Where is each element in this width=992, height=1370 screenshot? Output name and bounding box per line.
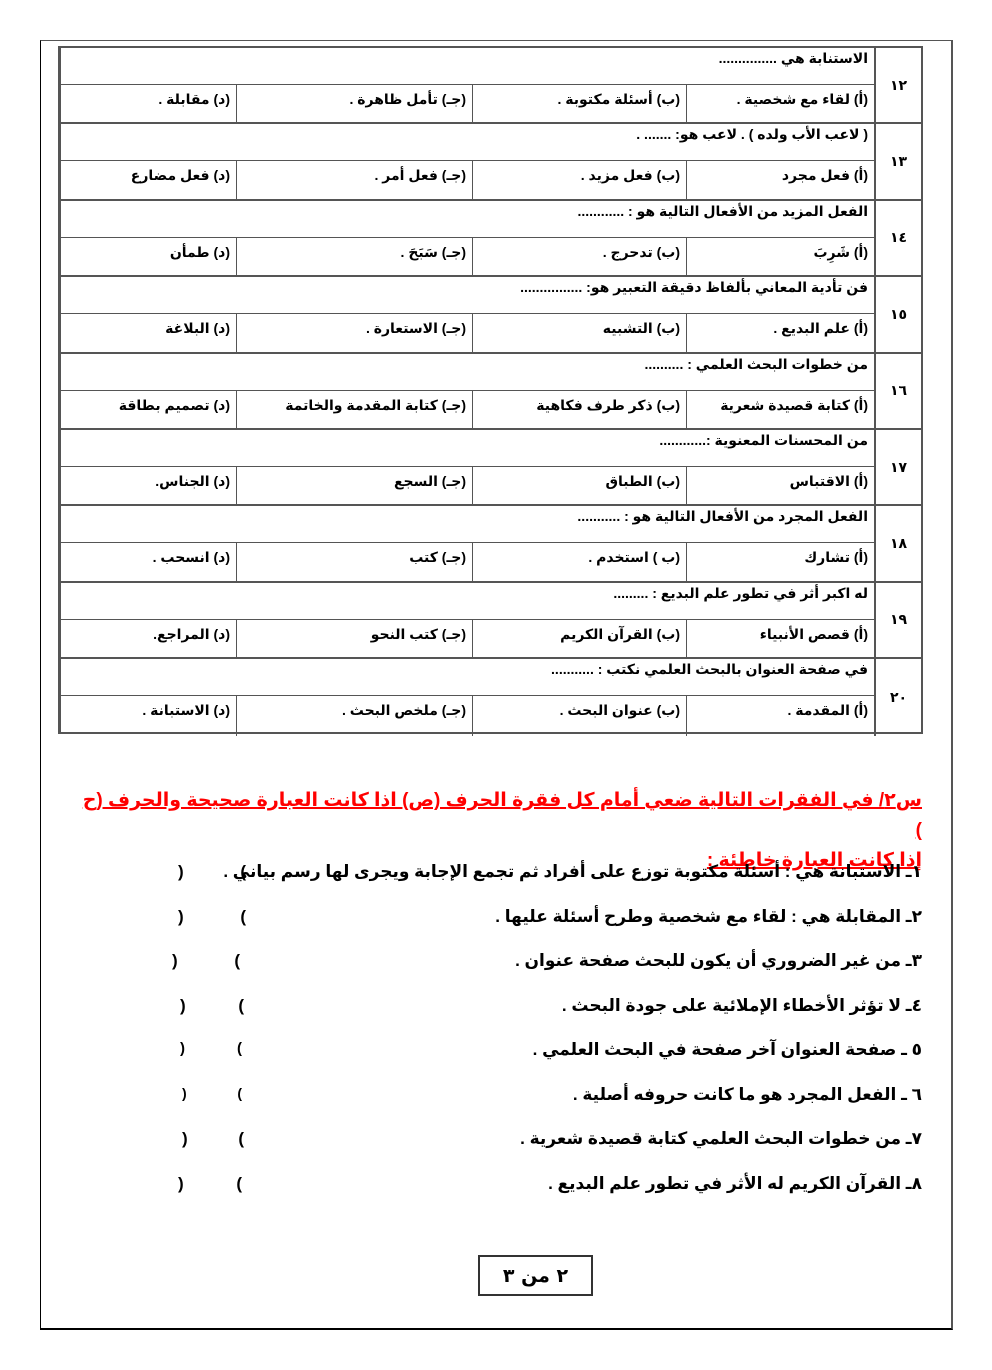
option-c[interactable]: (جـ) كتب النحو: [236, 620, 472, 657]
option-c[interactable]: (جـ) كتب: [236, 543, 472, 580]
tf-statement: ٦ ـ الفعل المجرد هو ما كانت حروفه أصلية …: [573, 1085, 922, 1105]
question-text: ( لاعب الأب ولده ) . لاعب هو: ....... .: [61, 124, 874, 161]
option-b[interactable]: (ب) أسئلة مكتوبة .: [472, 85, 686, 122]
question-text: فن تأدية المعاني بألفاظ دقيقة التعبير هو…: [61, 277, 874, 314]
options-row: (أ) شَرِبَ (ب) تدحرج . (جـ) سَبَحَ . (د)…: [61, 238, 874, 275]
tf-item: ٥ ـ صفحة العنوان آخر صفحة في البحث العلم…: [160, 1036, 922, 1081]
answer-blank[interactable]: )(: [178, 907, 246, 927]
question-number: ١٣: [874, 124, 921, 198]
question-number: ١٨: [874, 506, 921, 580]
question-block: ١٣ ( لاعب الأب ولده ) . لاعب هو: .......…: [61, 124, 921, 200]
tf-statement: ٨ـ القرآن الكريم له الأثر في تطور علم ال…: [548, 1174, 922, 1194]
option-b[interactable]: (ب) عنوان البحث .: [472, 696, 686, 735]
tf-item: ٢ـ المقابلة هي : لقاء مع شخصية وطرح أسئل…: [160, 903, 922, 948]
option-c[interactable]: (جـ) فعل أمر .: [236, 161, 472, 198]
option-a[interactable]: (أ) المقدمة .: [686, 696, 874, 735]
option-b[interactable]: (ب) القرآن الكريم: [472, 620, 686, 657]
option-d[interactable]: (د) طمأن: [61, 238, 236, 275]
answer-blank[interactable]: )(: [178, 1174, 242, 1194]
option-a[interactable]: (أ) شَرِبَ: [686, 238, 874, 275]
option-b[interactable]: (ب) تدحرج .: [472, 238, 686, 275]
option-a[interactable]: (أ) لقاء مع شخصية .: [686, 85, 874, 122]
question-text: له اكبر أثر في تطور علم البديع : .......…: [61, 583, 874, 620]
option-c[interactable]: (جـ) سَبَحَ .: [236, 238, 472, 275]
question-block: ١٥ فن تأدية المعاني بألفاظ دقيقة التعبير…: [61, 277, 921, 353]
answer-blank[interactable]: )(: [182, 1085, 242, 1101]
question-block: ١٧ من المحسنات المعنوية :............ (أ…: [61, 430, 921, 506]
options-row: (أ) الاقتباس (ب) الطباق (جـ) السجع (د) ا…: [61, 467, 874, 504]
question-text: من المحسنات المعنوية :............: [61, 430, 874, 467]
option-c[interactable]: (جـ) السجع: [236, 467, 472, 504]
options-row: (أ) علم البديع . (ب) التشبيه (جـ) الاستع…: [61, 314, 874, 351]
tf-statement: ٥ ـ صفحة العنوان آخر صفحة في البحث العلم…: [533, 1040, 922, 1060]
question-number: ٢٠: [874, 659, 921, 735]
option-d[interactable]: (د) مقابلة .: [61, 85, 236, 122]
tf-item: ٦ ـ الفعل المجرد هو ما كانت حروفه أصلية …: [160, 1081, 922, 1126]
mcq-table: ١٢ الاستنابة هي ............... (أ) لقاء…: [58, 46, 923, 734]
options-row: (أ) قصص الأنبياء (ب) القرآن الكريم (جـ) …: [61, 620, 874, 657]
question-block: ١٦ من خطوات البحث العلمي : .......... (أ…: [61, 354, 921, 430]
option-d[interactable]: (د) الاستبانة .: [61, 696, 236, 735]
question-block: ١٩ له اكبر أثر في تطور علم البديع : ....…: [61, 583, 921, 659]
question-text: الاستنابة هي ...............: [61, 48, 874, 85]
tf-item: ٨ـ القرآن الكريم له الأثر في تطور علم ال…: [160, 1170, 922, 1215]
true-false-list: ١ـ الاستبانة هي : أسئلة مكتوبة توزع على …: [160, 858, 922, 1214]
tf-item: ٧ـ من خطوات البحث العلمي كتابة قصيدة شعر…: [160, 1125, 922, 1170]
option-b[interactable]: (ب) الطباق: [472, 467, 686, 504]
answer-blank[interactable]: )(: [172, 951, 240, 971]
page-number-box: ٢ من ٣: [478, 1255, 593, 1296]
option-b[interactable]: (ب) فعل مزيد .: [472, 161, 686, 198]
answer-blank[interactable]: )(: [182, 1129, 244, 1149]
question-block: ١٨ الفعل المجرد من الأفعال التالية هو : …: [61, 506, 921, 582]
question-block: ٢٠ في صفحة العنوان بالبحث العلمي نكتب : …: [61, 659, 921, 735]
option-a[interactable]: (أ) فعل مجرد: [686, 161, 874, 198]
option-a[interactable]: (أ) قصص الأنبياء: [686, 620, 874, 657]
answer-blank[interactable]: )(: [180, 996, 244, 1016]
answer-blank[interactable]: )(: [180, 1040, 242, 1057]
option-c[interactable]: (جـ) الاستعارة .: [236, 314, 472, 351]
tf-statement: ٢ـ المقابلة هي : لقاء مع شخصية وطرح أسئل…: [495, 907, 922, 927]
option-b[interactable]: (ب) التشبيه: [472, 314, 686, 351]
question-number: ١٢: [874, 48, 921, 122]
options-row: (أ) فعل مجرد (ب) فعل مزيد . (جـ) فعل أمر…: [61, 161, 874, 198]
answer-blank[interactable]: )(: [178, 862, 246, 882]
tf-statement: ٤ـ لا تؤثر الأخطاء الإملائية على جودة ال…: [562, 996, 922, 1016]
option-d[interactable]: (د) فعل مضارع: [61, 161, 236, 198]
options-row: (أ) كتابة قصيدة شعرية (ب) ذكر طرف فكاهية…: [61, 391, 874, 428]
options-row: (أ) تشارك (ب ) استخدم . (جـ) كتب (د) انس…: [61, 543, 874, 580]
question-text: في صفحة العنوان بالبحث العلمي نكتب : ...…: [61, 659, 874, 696]
option-a[interactable]: (أ) كتابة قصيدة شعرية: [686, 391, 874, 428]
section2-heading-line1: س٢/ في الفقرات التالية ضعي أمام كل فقرة …: [83, 790, 922, 841]
question-text: الفعل المزيد من الأفعال التالية هو : ...…: [61, 201, 874, 238]
option-d[interactable]: (د) انسحب .: [61, 543, 236, 580]
question-block: ١٢ الاستنابة هي ............... (أ) لقاء…: [61, 48, 921, 124]
tf-statement: ١ـ الاستبانة هي : أسئلة مكتوبة توزع على …: [223, 862, 922, 882]
question-number: ١٩: [874, 583, 921, 657]
option-c[interactable]: (جـ) كتابة المقدمة والخاتمة: [236, 391, 472, 428]
tf-statement: ٣ـ من غير الضروري أن يكون للبحث صفحة عنو…: [515, 951, 922, 971]
question-number: ١٥: [874, 277, 921, 351]
question-number: ١٧: [874, 430, 921, 504]
question-number: ١٦: [874, 354, 921, 428]
option-a[interactable]: (أ) علم البديع .: [686, 314, 874, 351]
option-d[interactable]: (د) المراجع.: [61, 620, 236, 657]
option-d[interactable]: (د) البلاغة: [61, 314, 236, 351]
tf-item: ٣ـ من غير الضروري أن يكون للبحث صفحة عنو…: [160, 947, 922, 992]
tf-item: ٤ـ لا تؤثر الأخطاء الإملائية على جودة ال…: [160, 992, 922, 1037]
options-row: (أ) لقاء مع شخصية . (ب) أسئلة مكتوبة . (…: [61, 85, 874, 122]
question-text: من خطوات البحث العلمي : ..........: [61, 354, 874, 391]
option-a[interactable]: (أ) تشارك: [686, 543, 874, 580]
question-number: ١٤: [874, 201, 921, 275]
exam-page: ١٢ الاستنابة هي ............... (أ) لقاء…: [0, 0, 992, 1370]
question-text: الفعل المجرد من الأفعال التالية هو : ...…: [61, 506, 874, 543]
option-d[interactable]: (د) تصميم بطاقة: [61, 391, 236, 428]
tf-item: ١ـ الاستبانة هي : أسئلة مكتوبة توزع على …: [160, 858, 922, 903]
question-block: ١٤ الفعل المزيد من الأفعال التالية هو : …: [61, 201, 921, 277]
option-d[interactable]: (د) الجناس.: [61, 467, 236, 504]
option-c[interactable]: (جـ) تأمل ظاهرة .: [236, 85, 472, 122]
option-b[interactable]: (ب) ذكر طرف فكاهية: [472, 391, 686, 428]
option-c[interactable]: (جـ) ملخص البحث .: [236, 696, 472, 735]
option-b[interactable]: (ب ) استخدم .: [472, 543, 686, 580]
tf-statement: ٧ـ من خطوات البحث العلمي كتابة قصيدة شعر…: [520, 1129, 922, 1149]
option-a[interactable]: (أ) الاقتباس: [686, 467, 874, 504]
options-row: (أ) المقدمة . (ب) عنوان البحث . (جـ) ملخ…: [61, 696, 874, 735]
